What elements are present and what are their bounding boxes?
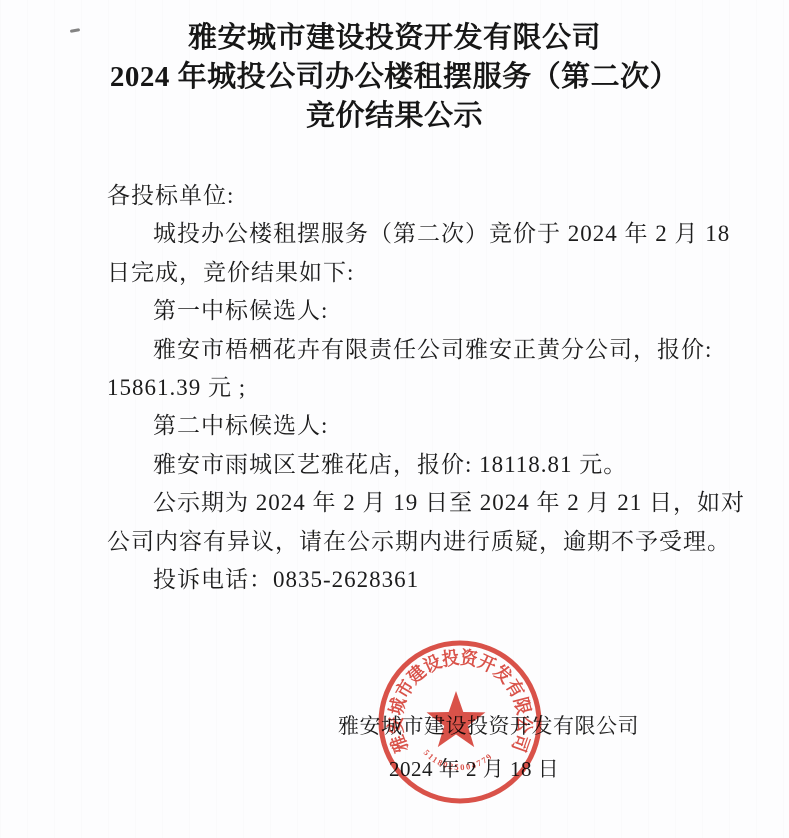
body-line-first-candidate-price: 15861.39 元 ;	[107, 369, 727, 407]
title-line-3: 竞价结果公示	[0, 97, 789, 136]
body-line-complaint-phone: 投诉电话：0835-2628361	[107, 561, 727, 599]
seal-star-icon	[427, 691, 486, 747]
body-line-intro-2: 日完成，竞价结果如下:	[107, 254, 727, 292]
body-line-publicity-period-2: 公司内容有异议，请在公示期内进行质疑，逾期不予受理。	[107, 523, 727, 561]
document-body: 各投标单位: 城投办公楼租摆服务（第二次）竞价于 2024 年 2 月 18 日…	[107, 177, 727, 599]
seal-serial-number: 5118025004779	[422, 747, 495, 772]
document-title: 雅安城市建设投资开发有限公司 2024 年城投公司办公楼租摆服务（第二次） 竞价…	[0, 19, 789, 136]
body-line-intro-1: 城投办公楼租摆服务（第二次）竞价于 2024 年 2 月 18	[107, 215, 727, 253]
body-line-first-candidate-name: 雅安市梧栖花卉有限责任公司雅安正黄分公司，报价:	[107, 331, 727, 369]
body-line-salutation: 各投标单位:	[107, 177, 727, 215]
body-line-publicity-period-1: 公示期为 2024 年 2 月 19 日至 2024 年 2 月 21 日，如对	[107, 484, 727, 522]
body-line-first-candidate-label: 第一中标候选人:	[107, 292, 727, 330]
seal-serial-text-holder: 5118025004779	[422, 747, 495, 772]
title-line-2: 2024 年城投公司办公楼租摆服务（第二次）	[0, 58, 789, 97]
body-line-second-candidate-label: 第二中标候选人:	[107, 407, 727, 445]
scanned-document-page: 雅安城市建设投资开发有限公司 2024 年城投公司办公楼租摆服务（第二次） 竞价…	[0, 0, 789, 838]
official-seal-stamp: 雅安城市建设投资开发有限公司 5118025004779	[375, 637, 545, 807]
body-line-second-candidate: 雅安市雨城区艺雅花店，报价: 18118.81 元。	[107, 446, 727, 484]
title-line-1: 雅安城市建设投资开发有限公司	[0, 19, 789, 58]
